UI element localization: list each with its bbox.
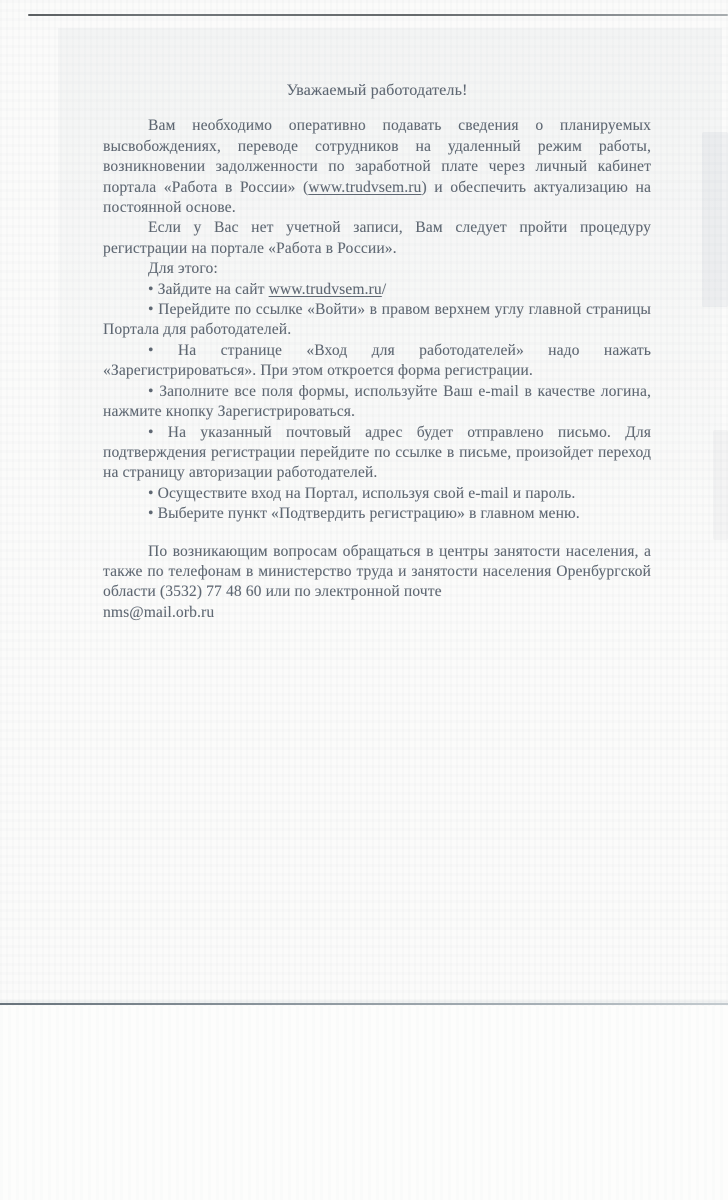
letter-paragraph: Для этого: — [103, 259, 651, 279]
text-run: По возникающим вопросам обращаться в цен… — [103, 543, 651, 601]
portal-url-text: www.trudvsem.ru — [308, 179, 421, 196]
letter-content: Уважаемый работодатель! Вам необходимо о… — [103, 81, 651, 623]
letter-bullet-item: • На указанный почтовый адрес будет отпр… — [103, 423, 651, 484]
text-run: • На странице «Вход для работодателей» н… — [103, 342, 651, 379]
letter-body: Вам необходимо оперативно подавать сведе… — [103, 116, 651, 623]
text-run: nms@mail.orb.ru — [103, 604, 214, 621]
scan-artifact — [702, 132, 728, 307]
letter-paragraph: Если у Вас нет учетной записи, Вам следу… — [103, 218, 651, 259]
text-run: • Перейдите по ссылке «Войти» в правом в… — [103, 301, 651, 338]
text-run: Если у Вас нет учетной записи, Вам следу… — [103, 219, 651, 256]
scan-page-break-line — [0, 1003, 728, 1005]
text-run: • На указанный почтовый адрес будет отпр… — [103, 424, 651, 482]
letter-paragraph: Вам необходимо оперативно подавать сведе… — [103, 116, 651, 218]
scan-top-edge-line — [28, 14, 728, 16]
text-run: • Зайдите на сайт — [148, 281, 269, 298]
letter-title: Уважаемый работодатель! — [103, 81, 651, 101]
letter-bullet-item: • На странице «Вход для работодателей» н… — [103, 341, 651, 382]
text-run: • Осуществите вход на Портал, используя … — [148, 485, 575, 502]
letter-bullet-item: • Осуществите вход на Портал, используя … — [103, 484, 651, 504]
scanned-letter-page: Уважаемый работодатель! Вам необходимо о… — [0, 0, 728, 1200]
text-run: • Заполните все поля формы, используйте … — [103, 383, 651, 420]
text-run: / — [382, 281, 386, 298]
text-run: Для этого: — [148, 260, 218, 277]
portal-url-text: www.trudvsem.ru — [269, 281, 382, 298]
letter-bullet-item: • Выберите пункт «Подтвердить регистраци… — [103, 504, 651, 524]
letter-paragraph: По возникающим вопросам обращаться в цен… — [103, 542, 651, 603]
next-page-blank — [0, 1006, 728, 1200]
letter-bullet-item: • Заполните все поля формы, используйте … — [103, 382, 651, 423]
letter-bullet-item: • Зайдите на сайт www.trudvsem.ru/ — [103, 280, 651, 300]
letter-paragraph: nms@mail.orb.ru — [103, 603, 651, 623]
scan-artifact — [713, 430, 728, 540]
text-run: • Выберите пункт «Подтвердить регистраци… — [148, 505, 580, 522]
letter-bullet-item: • Перейдите по ссылке «Войти» в правом в… — [103, 300, 651, 341]
